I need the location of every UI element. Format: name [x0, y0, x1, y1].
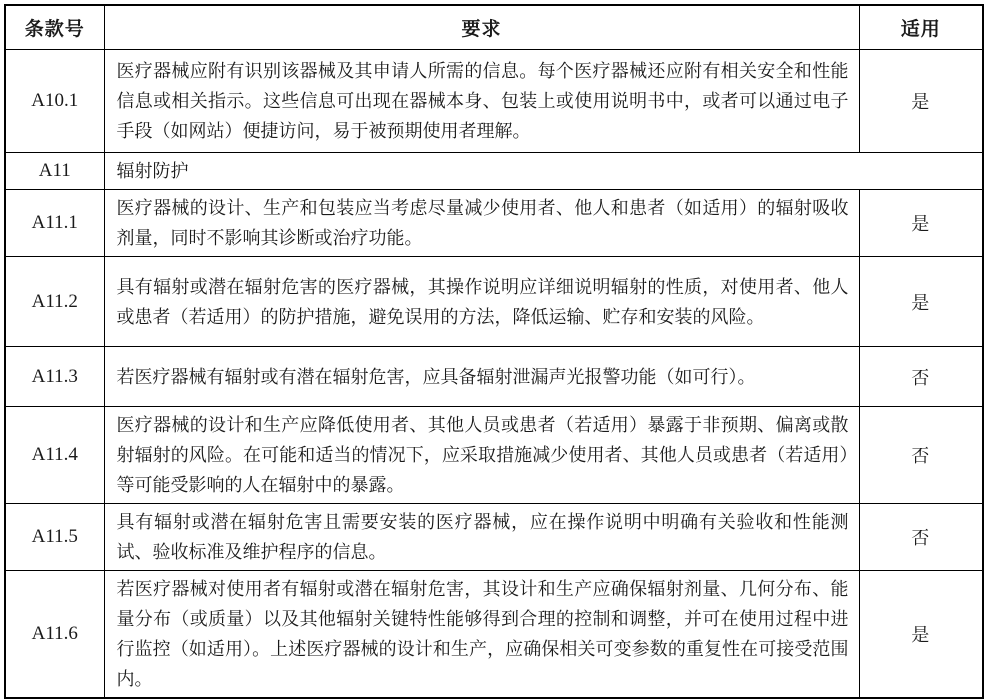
- applicable-value: 是: [859, 50, 983, 153]
- clause-number: A11.6: [5, 571, 104, 699]
- clause-number: A11.3: [5, 347, 104, 407]
- section-title: 辐射防护: [104, 153, 983, 190]
- header-row: 条款号 要求 适用: [5, 5, 983, 50]
- requirement-text: 医疗器械应附有识别该器械及其申请人所需的信息。每个医疗器械还应附有相关安全和性能…: [104, 50, 859, 153]
- clause-number: A11.5: [5, 504, 104, 571]
- applicable-value: 是: [859, 571, 983, 699]
- requirement-text: 若医疗器械有辐射或有潜在辐射危害，应具备辐射泄漏声光报警功能（如可行）。: [104, 347, 859, 407]
- table-header: 条款号 要求 适用: [5, 5, 983, 50]
- requirement-text: 具有辐射或潜在辐射危害且需要安装的医疗器械，应在操作说明中明确有关验收和性能测试…: [104, 504, 859, 571]
- requirements-table: 条款号 要求 适用 A10.1 医疗器械应附有识别该器械及其申请人所需的信息。每…: [4, 4, 984, 699]
- applicable-value: 否: [859, 407, 983, 504]
- table-row: A11.5 具有辐射或潜在辐射危害且需要安装的医疗器械，应在操作说明中明确有关验…: [5, 504, 983, 571]
- requirement-text: 医疗器械的设计和生产应降低使用者、其他人员或患者（若适用）暴露于非预期、偏离或散…: [104, 407, 859, 504]
- clause-number: A11.1: [5, 190, 104, 257]
- clause-number: A10.1: [5, 50, 104, 153]
- header-requirement: 要求: [104, 5, 859, 50]
- requirement-text: 若医疗器械对使用者有辐射或潜在辐射危害，其设计和生产应确保辐射剂量、几何分布、能…: [104, 571, 859, 699]
- requirement-text: 医疗器械的设计、生产和包装应当考虑尽量减少使用者、他人和患者（如适用）的辐射吸收…: [104, 190, 859, 257]
- clause-number: A11.4: [5, 407, 104, 504]
- header-clause-number: 条款号: [5, 5, 104, 50]
- table-row: A11.1 医疗器械的设计、生产和包装应当考虑尽量减少使用者、他人和患者（如适用…: [5, 190, 983, 257]
- clause-number: A11: [5, 153, 104, 190]
- clause-number: A11.2: [5, 257, 104, 347]
- applicable-value: 否: [859, 504, 983, 571]
- applicable-value: 否: [859, 347, 983, 407]
- table-row: A11.3 若医疗器械有辐射或有潜在辐射危害，应具备辐射泄漏声光报警功能（如可行…: [5, 347, 983, 407]
- table-row: A11.2 具有辐射或潜在辐射危害的医疗器械，其操作说明应详细说明辐射的性质，对…: [5, 257, 983, 347]
- requirement-text: 具有辐射或潜在辐射危害的医疗器械，其操作说明应详细说明辐射的性质，对使用者、他人…: [104, 257, 859, 347]
- header-applicable: 适用: [859, 5, 983, 50]
- table-row-section: A11 辐射防护: [5, 153, 983, 190]
- applicable-value: 是: [859, 257, 983, 347]
- table-row: A11.4 医疗器械的设计和生产应降低使用者、其他人员或患者（若适用）暴露于非预…: [5, 407, 983, 504]
- table-row: A10.1 医疗器械应附有识别该器械及其申请人所需的信息。每个医疗器械还应附有相…: [5, 50, 983, 153]
- applicable-value: 是: [859, 190, 983, 257]
- table-row: A11.6 若医疗器械对使用者有辐射或潜在辐射危害，其设计和生产应确保辐射剂量、…: [5, 571, 983, 699]
